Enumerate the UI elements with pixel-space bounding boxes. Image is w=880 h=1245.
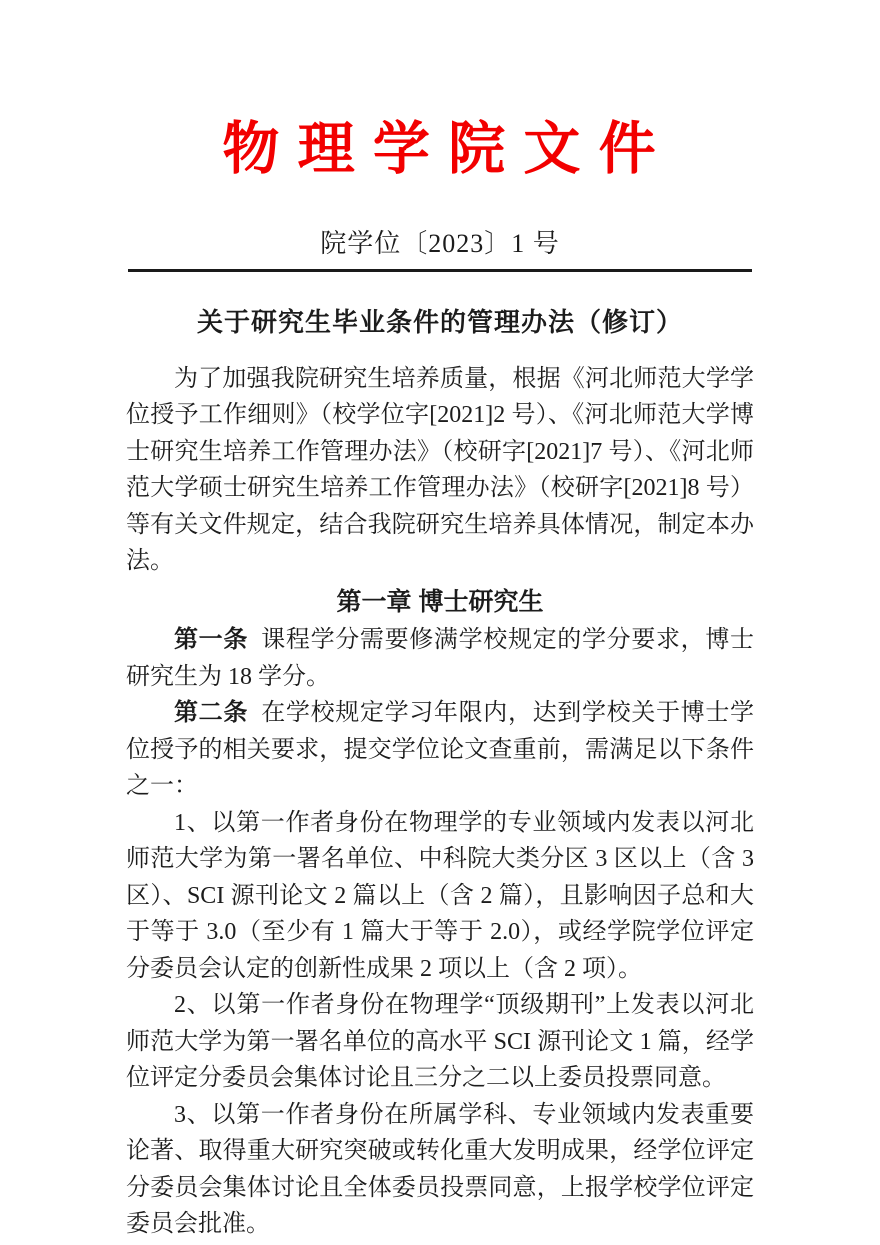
doc-number: 院学位〔2023〕1 号	[0, 228, 880, 259]
document-body: 为了加强我院研究生培养质量，根据《河北师范大学学位授予工作细则》（校学位字[20…	[126, 361, 754, 1243]
document-title: 关于研究生毕业条件的管理办法（修订）	[0, 302, 880, 339]
article-2-paragraph: 第二条在学校规定学习年限内，达到学校关于博士学位授予的相关要求，提交学位论文查重…	[126, 695, 754, 805]
clause-item-2: 2、以第一作者身份在物理学“顶级期刊”上发表以河北师范大学为第一署名单位的高水平…	[126, 987, 754, 1097]
article-2-label: 第二条	[174, 699, 248, 726]
article-1-label: 第一条	[174, 626, 248, 653]
separator-rule	[128, 269, 752, 272]
clause-item-3: 3、以第一作者身份在所属学科、专业领域内发表重要论著、取得重大研究突破或转化重大…	[126, 1097, 754, 1243]
clause-item-1: 1、以第一作者身份在物理学的专业领域内发表以河北师范大学为第一署名单位、中科院大…	[126, 805, 754, 988]
masthead-title: 物 理 学 院 文 件	[0, 116, 880, 184]
article-1-paragraph: 第一条课程学分需要修满学校规定的学分要求，博士研究生为 18 学分。	[126, 622, 754, 695]
chapter-1-heading: 第一章 博士研究生	[126, 584, 754, 621]
document-page: 物 理 学 院 文 件 院学位〔2023〕1 号 关于研究生毕业条件的管理办法（…	[0, 0, 880, 1245]
intro-paragraph: 为了加强我院研究生培养质量，根据《河北师范大学学位授予工作细则》（校学位字[20…	[126, 361, 754, 580]
